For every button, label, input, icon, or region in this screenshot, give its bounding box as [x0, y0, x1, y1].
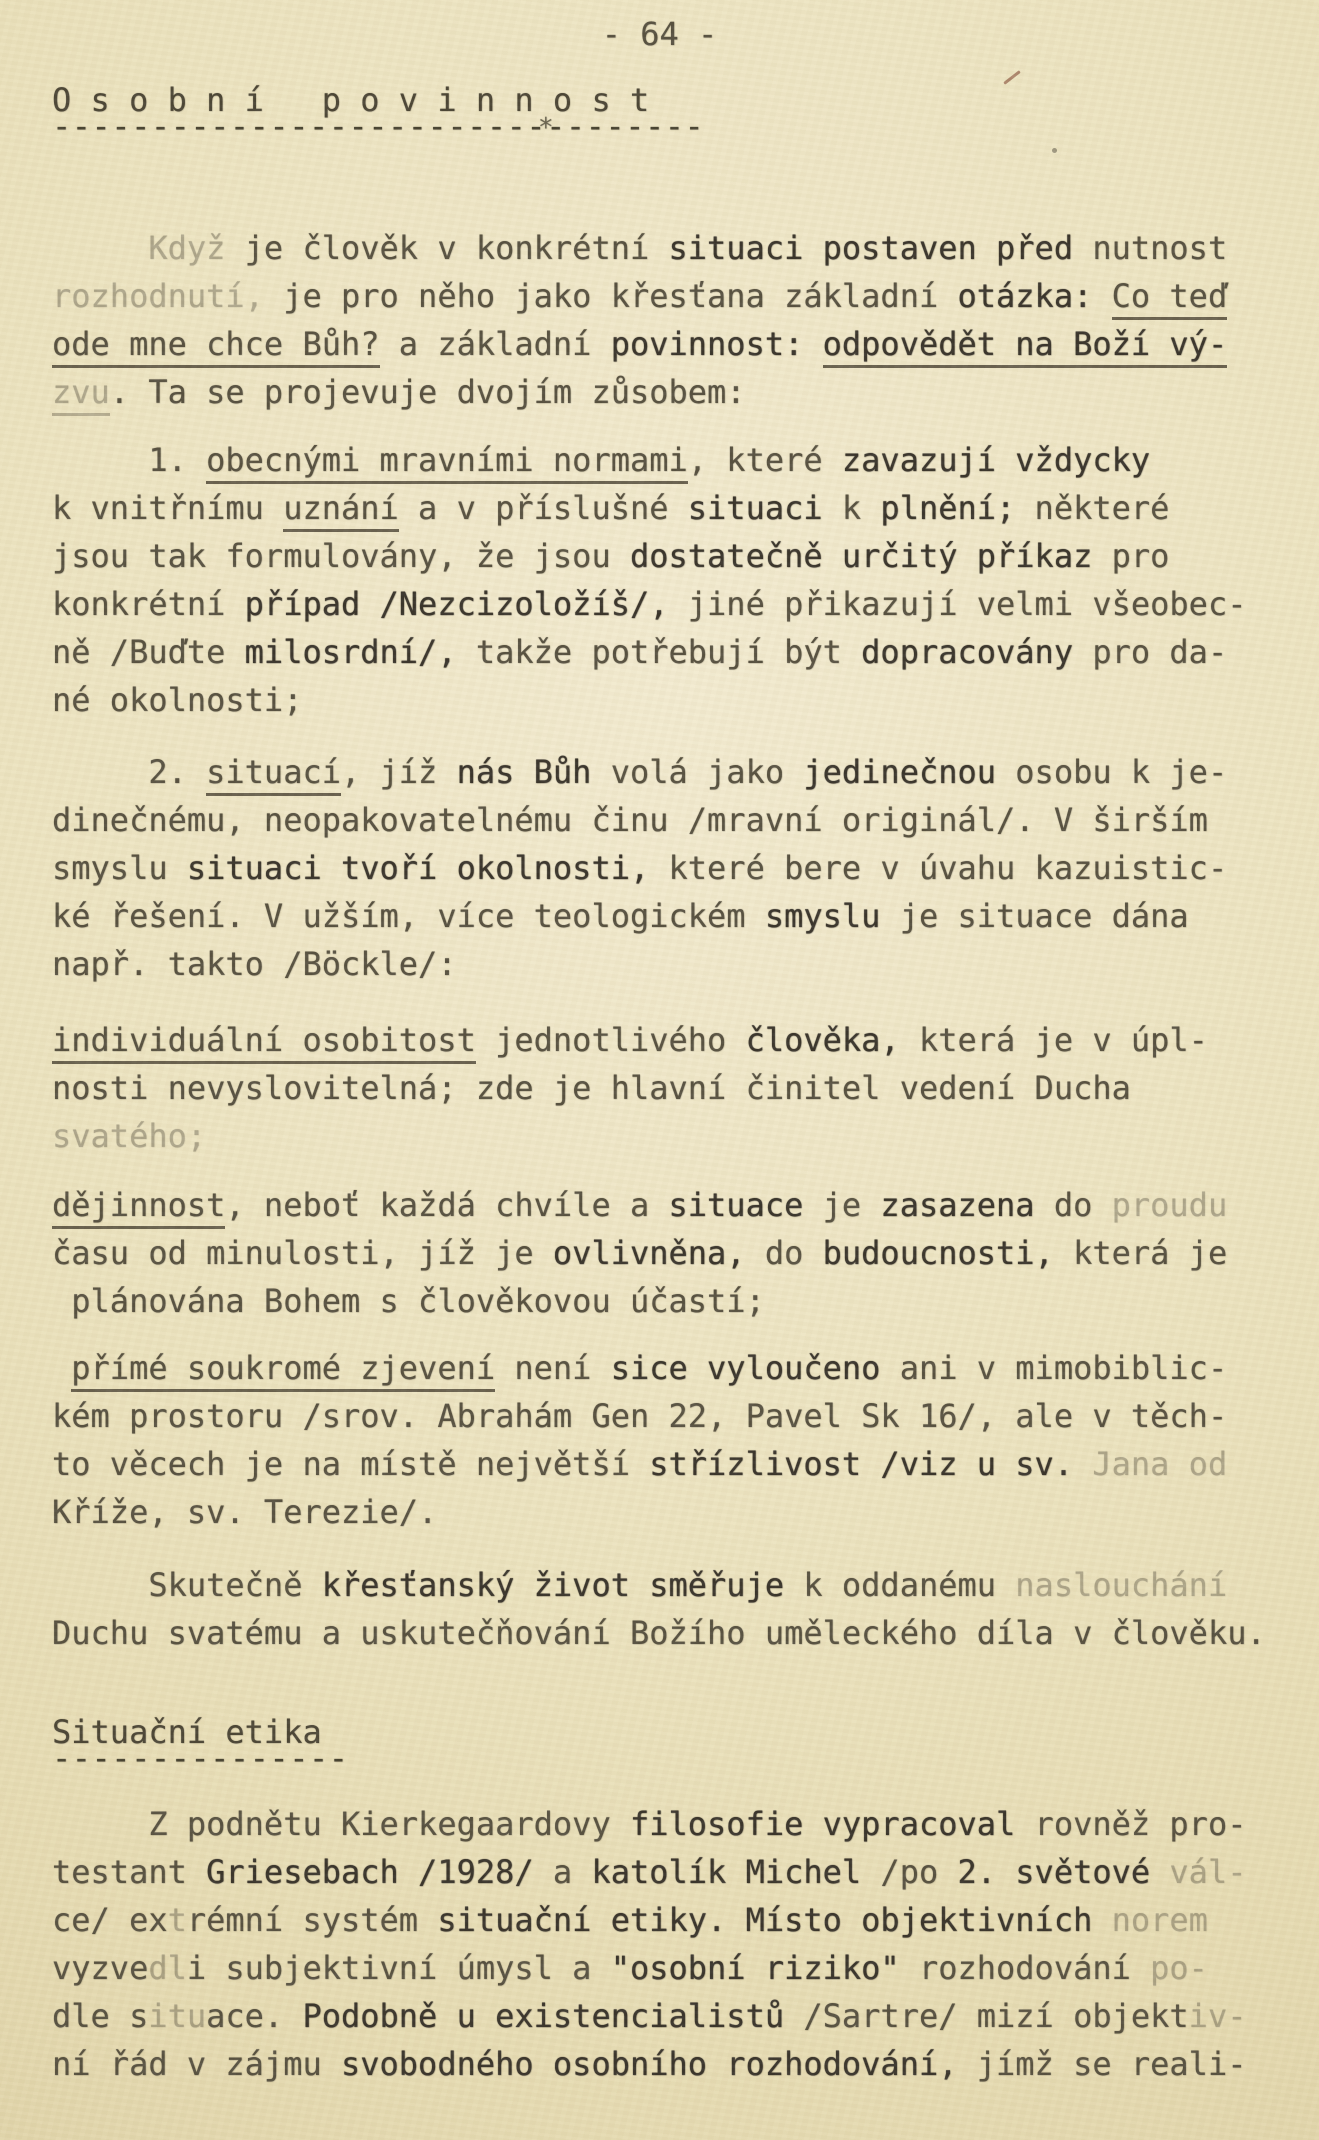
text-run: Griesebach /1928/: [206, 1853, 534, 1891]
section-heading-block: O s o b n í p o v i n n o s t-----------…: [0, 76, 1319, 138]
text-run: je člověk v konkrétní: [225, 229, 668, 267]
text-run: . Ta se projevuje dvojím zůsobem:: [110, 373, 746, 411]
text-run: situaci postaven před: [669, 229, 1074, 267]
text-run: dle s: [52, 1997, 148, 2035]
text-run: Co teď: [1112, 277, 1228, 320]
text-run: otázka:: [957, 277, 1092, 315]
text-run: [52, 229, 148, 267]
text-line: nosti nevyslovitelná; zde je hlavní čini…: [0, 1064, 1319, 1112]
paragraph: 2. situací, jíž nás Bůh volá jako jedine…: [0, 748, 1319, 988]
text-line: plánována Bohem s člověkovou účastí;: [0, 1277, 1319, 1325]
text-run: svobodného osobního rozhodování,: [341, 2045, 958, 2083]
text-run: katolík Michel: [591, 1853, 861, 1891]
text-run: dinečnému, neopakovatelnému činu /mravní…: [52, 801, 1208, 839]
text-line: Z podnětu Kierkegaardovy filosofie vypra…: [0, 1800, 1319, 1848]
text-run: povinnost:: [611, 325, 804, 363]
text-run: případ /Nezcizoložíš/,: [245, 585, 669, 623]
text-run: a: [534, 1853, 592, 1891]
text-run: do: [746, 1234, 823, 1272]
text-run: rozhodnutí,: [52, 277, 264, 315]
text-line: jsou tak formulovány, že jsou dostatečně…: [0, 532, 1319, 580]
text-line: vyzvedli subjektivní úmysl a "osobní riz…: [0, 1944, 1319, 1992]
text-run: zasazena: [880, 1186, 1034, 1224]
text-line: přímé soukromé zjevení není sice vylouče…: [0, 1344, 1319, 1392]
section-heading-block: Situační etika---------------: [0, 1708, 1319, 1770]
text-run: osobu k je-: [996, 753, 1227, 791]
text-run: 2.: [52, 753, 206, 791]
text-run: [1073, 1445, 1092, 1483]
page-number: - 64 -: [0, 10, 1319, 58]
text-run: křesťanský život směřuje: [322, 1566, 784, 1604]
paragraph: přímé soukromé zjevení není sice vylouče…: [0, 1344, 1319, 1536]
text-line: ode mne chce Bůh? a základní povinnost: …: [0, 320, 1319, 368]
text-line: k vnitřnímu uznání a v příslušné situaci…: [0, 484, 1319, 532]
text-run: ně /Buďte: [52, 633, 245, 671]
text-run: do: [1035, 1186, 1112, 1224]
text-run: které bere v úvahu kazuistic-: [649, 849, 1227, 887]
text-line: smyslu situaci tvoří okolnosti, které be…: [0, 844, 1319, 892]
text-run: času od minulosti, jíž je: [52, 1234, 553, 1272]
text-run: plnění;: [880, 489, 1015, 527]
text-line: konkrétní případ /Nezcizoložíš/, jiné př…: [0, 580, 1319, 628]
text-run: k: [823, 489, 881, 527]
text-run: [1092, 277, 1111, 315]
text-run: obecnými mravními normami: [206, 441, 688, 484]
text-run: je: [803, 1186, 880, 1224]
text-run: konkrétní: [52, 585, 245, 623]
text-run: situací: [206, 753, 341, 796]
text-run: jiné přikazují velmi všeobec-: [669, 585, 1247, 623]
paragraph: Skutečně křesťanský život směřuje k odda…: [0, 1561, 1319, 1657]
text-run: [1092, 1901, 1111, 1939]
text-run: ní řád v zájmu: [52, 2045, 341, 2083]
text-run: plánována Bohem s člověkovou účastí;: [52, 1282, 765, 1320]
text-line: to věcech je na místě největší střízlivo…: [0, 1440, 1319, 1488]
text-run: , jíž: [341, 753, 457, 791]
text-run: ---------------------------------: [52, 107, 704, 145]
text-run: - 64 -: [602, 15, 718, 53]
text-run: situaci: [688, 489, 823, 527]
text-run: /po: [861, 1853, 957, 1891]
text-run: [803, 325, 822, 363]
text-run: ovlivněna,: [553, 1234, 746, 1272]
text-line: testant Griesebach /1928/ a katolík Mich…: [0, 1848, 1319, 1896]
text-run: ké řešení. V užším, více teologickém: [52, 897, 765, 935]
text-run: která je v úpl-: [900, 1021, 1208, 1059]
text-run: jímž se reali-: [957, 2045, 1246, 2083]
paragraph: Když je člověk v konkrétní situaci posta…: [0, 224, 1319, 416]
text-run: itu: [148, 1997, 206, 2035]
text-run: volá jako: [591, 753, 803, 791]
text-run: uznání: [283, 489, 399, 532]
text-line: svatého;: [0, 1112, 1319, 1160]
text-line: 2. situací, jíž nás Bůh volá jako jedine…: [0, 748, 1319, 796]
text-run: po-: [1150, 1949, 1208, 1987]
text-run: , neboť každá chvíle a: [225, 1186, 668, 1224]
text-run: Když: [148, 229, 225, 267]
text-line: ně /Buďte milosrdní/, takže potřebují bý…: [0, 628, 1319, 676]
heading-underline: ---------------------------------: [0, 114, 1319, 138]
text-run: to věcech je na místě největší: [52, 1445, 649, 1483]
text-run: rovněž pro-: [1015, 1805, 1246, 1843]
text-run: 1.: [52, 441, 206, 479]
text-run: svatého;: [52, 1117, 206, 1155]
text-line: ní řád v zájmu svobodného osobního rozho…: [0, 2040, 1319, 2088]
text-run: např. takto /Böckle/:: [52, 945, 457, 983]
text-line: dle situace. Podobně u existencialistů /…: [0, 1992, 1319, 2040]
text-run: některé: [1015, 489, 1169, 527]
text-run: milosrdní/,: [245, 633, 457, 671]
text-run: testant: [52, 1853, 206, 1891]
text-line: Duchu svatému a uskutečňování Božího umě…: [0, 1609, 1319, 1657]
text-run: Kříže, sv. Terezie/.: [52, 1493, 437, 1531]
text-line: času od minulosti, jíž je ovlivněna, do …: [0, 1229, 1319, 1277]
text-line: zvu. Ta se projevuje dvojím zůsobem:: [0, 368, 1319, 416]
text-run: Z podnětu Kierkegaardovy: [52, 1805, 630, 1843]
text-run: 2. světové: [957, 1853, 1150, 1891]
text-line: dějinnost, neboť každá chvíle a situace …: [0, 1181, 1319, 1229]
paragraph: individuální osobitost jednotlivého člov…: [0, 1016, 1319, 1160]
text-run: sice vyloučeno: [611, 1349, 881, 1387]
text-run: zvu: [52, 373, 110, 416]
text-run: , které: [688, 441, 842, 479]
text-run: i subjektivní úmysl a: [187, 1949, 611, 1987]
text-run: vyzve: [52, 1949, 148, 1987]
text-line: kém prostoru /srov. Abrahám Gen 22, Pave…: [0, 1392, 1319, 1440]
text-run: jsou tak formulovány, že jsou: [52, 537, 630, 575]
text-run: pro: [1092, 537, 1169, 575]
text-run: filosofie vypracoval: [630, 1805, 1015, 1843]
text-run: zavazují vždycky: [842, 441, 1150, 479]
text-run: jednotlivého: [476, 1021, 746, 1059]
text-run: vál-: [1150, 1853, 1246, 1891]
text-line: ce/ extrémní systém situační etiky. Míst…: [0, 1896, 1319, 1944]
text-line: dinečnému, neopakovatelnému činu /mravní…: [0, 796, 1319, 844]
text-run: "osobní riziko": [611, 1949, 900, 1987]
paragraph: 1. obecnými mravními normami, které zava…: [0, 436, 1319, 724]
text-run: norem: [1112, 1901, 1208, 1939]
text-line: Když je člověk v konkrétní situaci posta…: [0, 224, 1319, 272]
text-run: kém prostoru /srov. Abrahám Gen 22, Pave…: [52, 1397, 1227, 1435]
text-line: né okolnosti;: [0, 676, 1319, 724]
heading-underline: ---------------: [0, 1746, 1319, 1770]
text-run: ode mne chce Bůh?: [52, 325, 380, 368]
text-run: iv-: [1189, 1997, 1247, 2035]
text-run: naslouchání: [1015, 1566, 1227, 1604]
text-run: střízlivost /viz u sv.: [649, 1445, 1073, 1483]
text-run: člověka,: [746, 1021, 900, 1059]
text-run: ce/ ex: [52, 1901, 168, 1939]
text-run: Duchu svatému a uskutečňování Božího umě…: [52, 1614, 1266, 1652]
text-run: situace: [669, 1186, 804, 1224]
text-line: individuální osobitost jednotlivého člov…: [0, 1016, 1319, 1064]
text-run: smyslu: [52, 849, 187, 887]
text-run: která je: [1054, 1234, 1227, 1272]
text-run: odpovědět na Boží vý-: [823, 325, 1228, 368]
text-run: situační etiky. Místo objektivních: [437, 1901, 1092, 1939]
text-line: rozhodnutí, je pro něho jako křesťana zá…: [0, 272, 1319, 320]
text-run: jedinečnou: [803, 753, 996, 791]
text-run: k oddanému: [784, 1566, 1015, 1604]
text-run: né okolnosti;: [52, 681, 302, 719]
text-run: rozhodování: [900, 1949, 1150, 1987]
text-run: k vnitřnímu: [52, 489, 283, 527]
text-run: je pro něho jako křesťana základní: [264, 277, 958, 315]
text-run: není: [495, 1349, 611, 1387]
text-run: budoucnosti,: [823, 1234, 1054, 1272]
text-run: Jana od: [1092, 1445, 1227, 1483]
text-run: proudu: [1112, 1186, 1228, 1224]
text-run: ace.: [206, 1997, 302, 2035]
text-run: přímé soukromé zjevení: [71, 1349, 495, 1392]
text-line: ké řešení. V užším, více teologickém smy…: [0, 892, 1319, 940]
paragraph: dějinnost, neboť každá chvíle a situace …: [0, 1181, 1319, 1325]
text-run: rémní systém: [187, 1901, 437, 1939]
text-run: dl: [148, 1949, 187, 1987]
paragraph: Z podnětu Kierkegaardovy filosofie vypra…: [0, 1800, 1319, 2088]
text-run: smyslu: [765, 897, 881, 935]
text-line: 1. obecnými mravními normami, které zava…: [0, 436, 1319, 484]
text-run: a v příslušné: [399, 489, 688, 527]
text-line: např. takto /Böckle/:: [0, 940, 1319, 988]
text-run: individuální osobitost: [52, 1021, 476, 1064]
text-run: ---------------: [52, 1739, 348, 1777]
text-run: nás Bůh: [457, 753, 592, 791]
text-line: Skutečně křesťanský život směřuje k odda…: [0, 1561, 1319, 1609]
document-page: * - 64 -O s o b n í p o v i n n o s t---…: [0, 0, 1319, 2140]
text-run: objekt: [1073, 1997, 1189, 2035]
text-run: dopracovány: [861, 633, 1073, 671]
text-run: situaci tvoří okolnosti,: [187, 849, 649, 887]
text-run: [52, 1349, 71, 1387]
document-body: - 64 -O s o b n í p o v i n n o s t-----…: [0, 0, 1319, 2140]
text-run: a základní: [380, 325, 611, 363]
text-run: Podobně u existencialistů: [302, 1997, 784, 2035]
text-run: pro da-: [1073, 633, 1227, 671]
text-run: ani v mimobiblic-: [880, 1349, 1227, 1387]
text-run: Skutečně: [52, 1566, 322, 1604]
text-run: nutnost: [1073, 229, 1227, 267]
text-line: Kříže, sv. Terezie/.: [0, 1488, 1319, 1536]
text-run: /Sartre/ mizí: [784, 1997, 1073, 2035]
text-run: je situace dána: [880, 897, 1188, 935]
text-run: t: [168, 1901, 187, 1939]
text-run: dějinnost: [52, 1186, 225, 1229]
text-run: takže potřebují být: [457, 633, 862, 671]
text-run: nosti nevyslovitelná; zde je hlavní čini…: [52, 1069, 1131, 1107]
text-run: dostatečně určitý příkaz: [630, 537, 1092, 575]
